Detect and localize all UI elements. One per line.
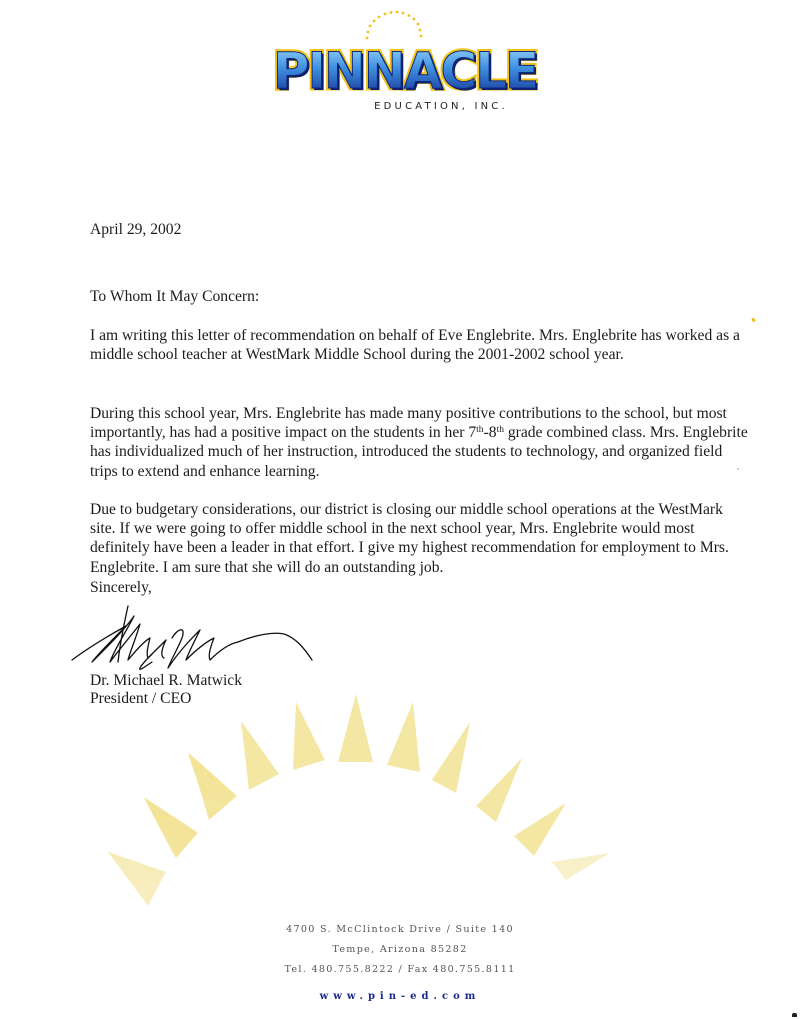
salutation: To Whom It May Concern: [90, 287, 259, 306]
paragraph-introduction: I am writing this letter of recommendati… [90, 326, 750, 364]
closing: Sincerely, [90, 578, 152, 597]
paragraph-text: -8 [484, 424, 497, 441]
scan-speck [792, 1013, 797, 1017]
footer-website-link[interactable]: www.pin-ed.com [200, 987, 600, 1007]
ordinal-suffix: th [476, 425, 483, 435]
pinnacle-logo: PINNACLE PINNACLE PINNACLE EDUCATION, IN… [270, 6, 540, 114]
letter-date: April 29, 2002 [90, 220, 181, 239]
scan-speck [737, 468, 739, 470]
ordinal-suffix: th [497, 425, 504, 435]
footer-address-line2: Tempe, Arizona 85282 [200, 940, 600, 960]
paragraph-contributions: During this school year, Mrs. Englebrite… [90, 404, 750, 481]
sun-icon [366, 11, 423, 40]
svg-text:EDUCATION, INC.: EDUCATION, INC. [374, 101, 508, 112]
scan-speck [751, 318, 756, 323]
letterhead-footer: 4700 S. McClintock Drive / Suite 140 Tem… [200, 920, 600, 1007]
footer-phone-fax: Tel. 480.755.8222 / Fax 480.755.8111 [200, 960, 600, 980]
svg-text:PINNACLE: PINNACLE [273, 42, 537, 100]
paragraph-recommendation: Due to budgetary considerations, our dis… [90, 500, 750, 577]
signer-title: President / CEO [90, 689, 191, 708]
signature [68, 598, 328, 676]
footer-address-line1: 4700 S. McClintock Drive / Suite 140 [200, 920, 600, 940]
signer-name: Dr. Michael R. Matwick [90, 671, 242, 690]
